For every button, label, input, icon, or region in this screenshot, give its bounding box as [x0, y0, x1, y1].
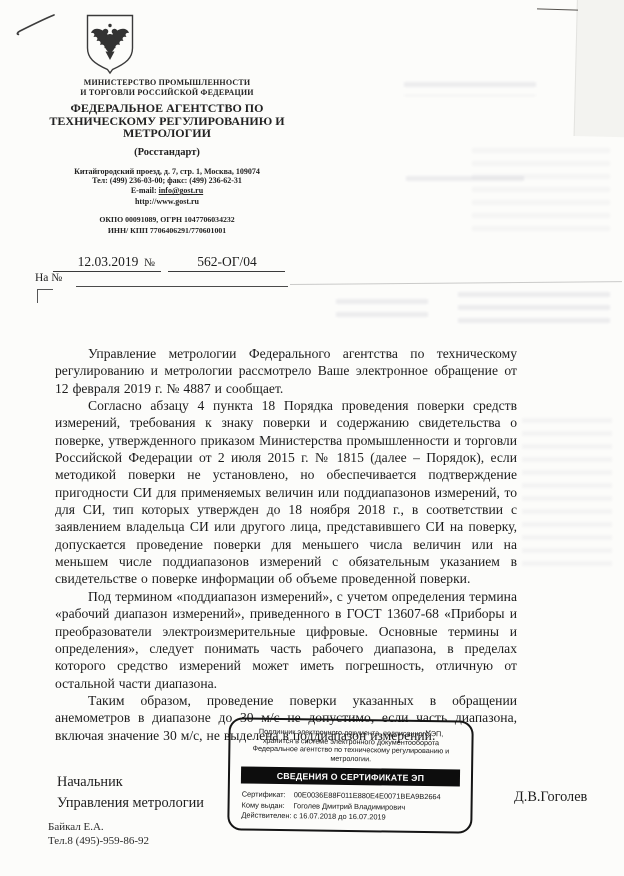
email-label: E-mail: [131, 186, 157, 195]
field-label: Действителен: [241, 811, 293, 823]
field-value: Гоголев Дмитрий Владимирович [294, 801, 406, 812]
field-value: 00E0036E88F011E880E4E0071BEA9B2664 [294, 790, 441, 801]
body-paragraph: Под термином «поддиапазон измерений», с … [55, 588, 517, 692]
agency-short-name: (Росстандарт) [36, 147, 298, 158]
phone-fax-line: Тел: (499) 236-03-00; факс: (499) 236-62… [36, 176, 298, 186]
bleedthrough-mark [472, 148, 610, 236]
field-label: Кому выдан: [241, 800, 293, 812]
bleedthrough-mark [522, 418, 612, 568]
letter-body: Управление метрологии Федерального агент… [55, 345, 517, 744]
e-signature-stamp: Подлинник электронного документа, подпис… [227, 717, 474, 833]
number-underline [168, 271, 285, 272]
email-line: E-mail: info@gost.ru [36, 186, 298, 197]
body-paragraph: Управление метрологии Федерального агент… [55, 345, 517, 397]
reply-to-underline [76, 273, 288, 287]
signer-position: Начальник Управления метрологии [57, 772, 204, 813]
okpo-ogrn-line: ОКПО 00091089, ОГРН 1047706034232 [36, 214, 298, 225]
bleedthrough-mark [336, 299, 428, 320]
paper-edge-line [537, 8, 578, 10]
website-line: http://www.gost.ru [36, 197, 298, 208]
bleedthrough-mark [458, 292, 610, 325]
reply-to-label: На № [35, 272, 62, 284]
coat-of-arms-icon [84, 13, 136, 75]
letter-number: 562-ОГ/04 [168, 254, 286, 270]
number-sign: № [144, 257, 155, 269]
inn-kpp-line: ИНН/ КПП 7706406291/770601001 [36, 225, 298, 236]
stamp-header-text: Подлинник электронного документа, подпис… [230, 727, 471, 765]
pen-stroke-mark [10, 8, 60, 40]
email-value: info@gost.ru [159, 186, 204, 195]
executor-block: Байкал Е.А. Тел.8 (495)-959-86-92 [48, 821, 149, 848]
signer-name: Д.В.Гоголев [514, 789, 587, 806]
field-value: с 16.07.2018 до 16.07.2019 [293, 812, 385, 822]
agency-name: ФЕДЕРАЛЬНОЕ АГЕНТСТВО ПО ТЕХНИЧЕСКОМУ РЕ… [36, 102, 298, 139]
body-paragraph: Согласно абзацу 4 пункта 18 Порядка пров… [55, 397, 517, 588]
addressee-corner-mark [37, 289, 53, 303]
field-label: Сертификат: [242, 789, 294, 801]
date-underline [53, 271, 161, 272]
scanner-background-edge [574, 0, 624, 137]
ministry-name: МИНИСТЕРСТВО ПРОМЫШЛЕННОСТИ И ТОРГОВЛИ Р… [36, 78, 298, 97]
address-line: Китайгородский проезд, д. 7, стр. 1, Мос… [36, 167, 298, 177]
scan-line-artifact [290, 281, 622, 285]
executor-name: Байкал Е.А. [48, 821, 149, 835]
stamp-field-valid: Действителен:с 16.07.2018 до 16.07.2019 [241, 811, 470, 825]
stamp-title-bar: СВЕДЕНИЯ О СЕРТИФИКАТЕ ЭП [241, 767, 460, 787]
scanned-letter-page: МИНИСТЕРСТВО ПРОМЫШЛЕННОСТИ И ТОРГОВЛИ Р… [0, 0, 624, 876]
bleedthrough-mark [404, 82, 536, 96]
executor-phone: Тел.8 (495)-959-86-92 [48, 835, 149, 849]
letterhead: МИНИСТЕРСТВО ПРОМЫШЛЕННОСТИ И ТОРГОВЛИ Р… [36, 78, 298, 236]
